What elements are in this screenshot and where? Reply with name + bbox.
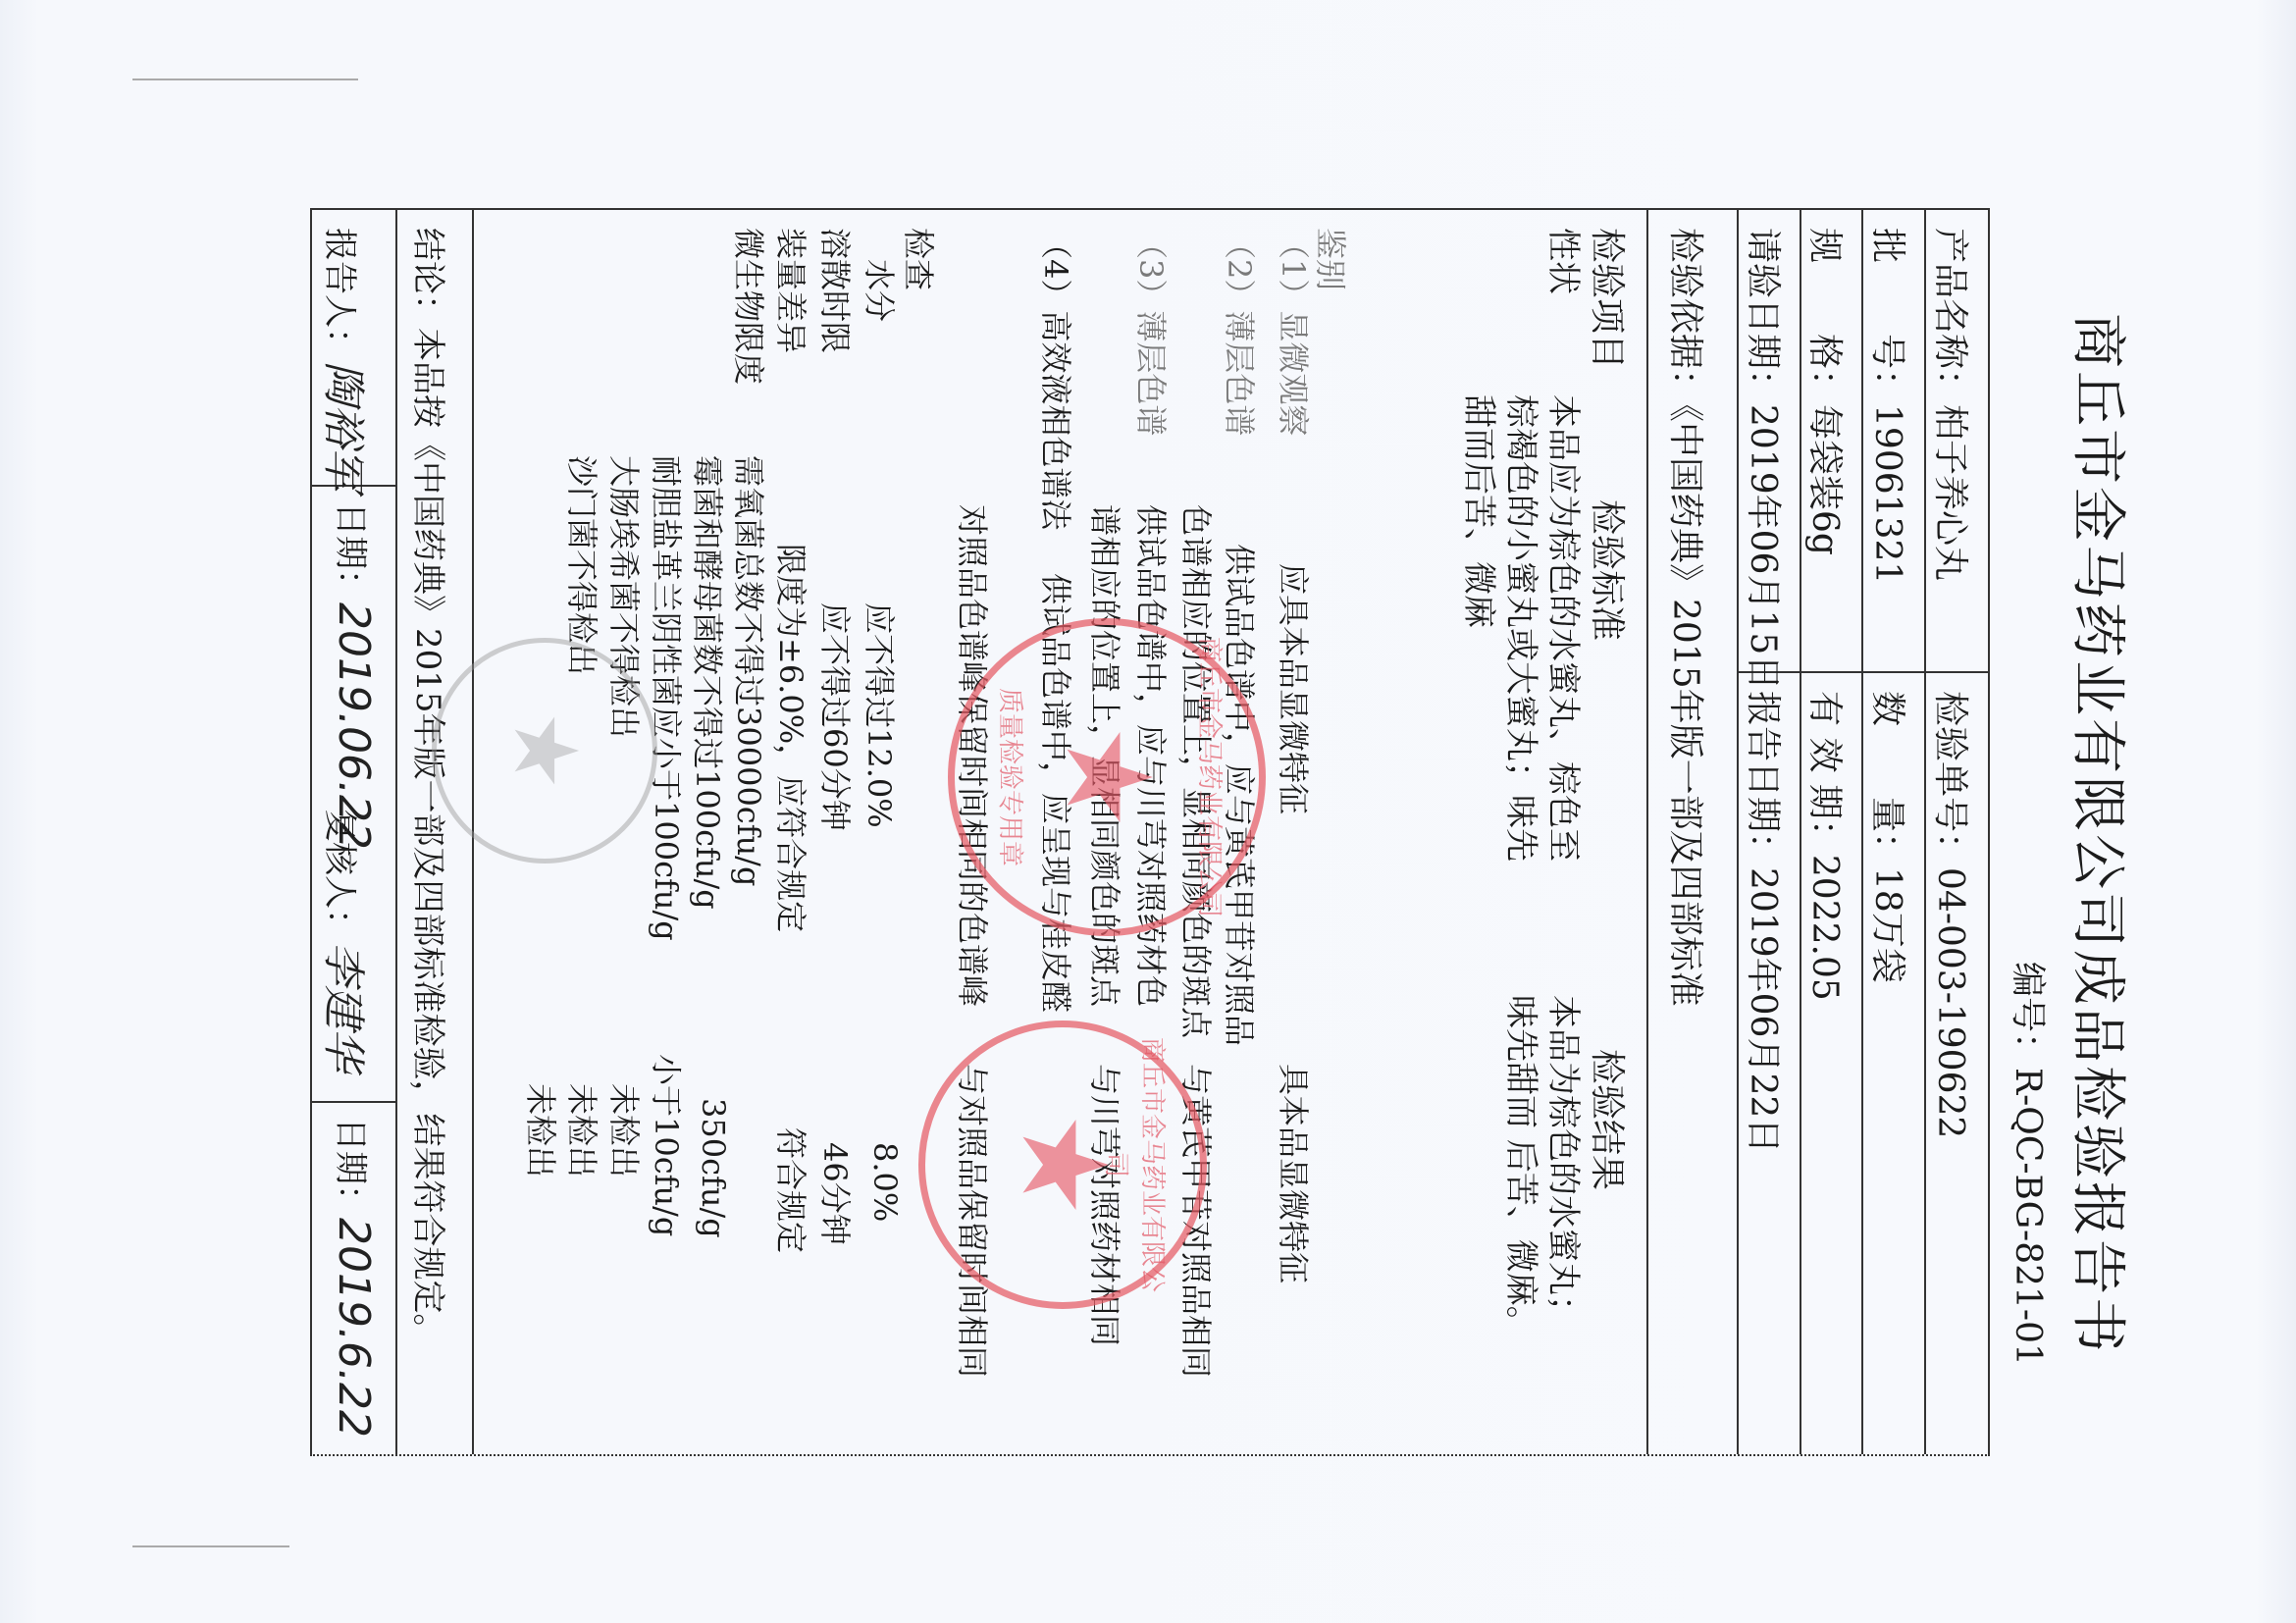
report-table: 产品名称：柏子养心丸 批 号：19061321 规 格：每袋装6g 请验日期：2… [310, 208, 1990, 1456]
scan-artifact-line [132, 1545, 289, 1547]
row-divider [1646, 210, 1648, 1454]
reviewer-signature: 李建华 [318, 942, 368, 1072]
sub-item: （4）高效液相色谱法 [1035, 228, 1080, 530]
item-inspection: 检查 [898, 228, 943, 290]
standard-line: 沙门菌不得检出 [561, 455, 606, 675]
date-field: 日期：2019.06.22 [329, 502, 379, 850]
result-line: 8.0% [866, 1142, 904, 1222]
item-appearance: 性状 [1542, 228, 1591, 294]
standard-line: 大肠埃希菌不得检出 [603, 455, 649, 738]
result-line: 符合规定 [770, 1127, 815, 1253]
standard-line: 本品应为棕色的水蜜丸、棕色至 [1542, 394, 1591, 862]
result-line: 46分钟 [814, 1142, 860, 1245]
date-field: 日期：2019.6.22 [329, 1118, 379, 1438]
row-divider [1800, 210, 1801, 1454]
result-line: 未检出 [561, 1083, 606, 1178]
test-number-field: 检验单号：04-003-190622 [1928, 691, 1978, 1138]
column-divider [312, 1101, 397, 1103]
standard-line: 应不得过60分钟 [814, 602, 860, 831]
result-line: 与川芎对照药材相同 [1084, 1064, 1129, 1346]
standard-line: 供试品色谱中，应与黄芪甲苷对照品 [1219, 544, 1264, 1046]
result-line: 本品为棕色的水蜜丸； [1542, 995, 1591, 1329]
request-date-field: 请验日期：2019年06月15日 [1741, 228, 1791, 690]
sub-item: 溶散时限 [814, 228, 860, 353]
batch-field: 批 号：19061321 [1865, 228, 1915, 584]
sub-item: （1）显微观察 [1273, 228, 1318, 436]
sub-item: （2）薄层色谱 [1219, 228, 1264, 436]
expiry-field: 有 效 期：2022.05 [1802, 691, 1852, 1001]
column-header-result: 检验结果 [1585, 1049, 1635, 1190]
standard-line: 应不得过12.0% [859, 602, 904, 828]
standard-line: 棕褐色的小蜜丸或大蜜丸；味先 [1500, 394, 1548, 862]
scan-artifact-line [132, 79, 358, 80]
standard-line: 霉菌和酵母菌数不得过100cfu/g [687, 455, 732, 910]
document-number: 编号：R-QC-BG-821-01 [2006, 962, 2056, 1366]
spec-field: 规 格：每袋装6g [1802, 228, 1852, 555]
column-header-item: 检验项目 [1585, 228, 1635, 369]
row-divider [1861, 210, 1863, 1454]
sub-item: （3）薄层色谱 [1130, 228, 1175, 436]
inspection-report-page: 商丘市金马药业有限公司成品检验报告书 编号：R-QC-BG-821-01 产品名… [137, 147, 2178, 1521]
standard-line: 色谱相应的位置上，显相同颜色的斑点 [1175, 504, 1221, 1038]
standard-line: 供试品色谱中，应与川芎对照药材色 [1130, 504, 1175, 1007]
sub-item: 水分 [859, 259, 904, 322]
reporter-signature: 陶裕军 [318, 361, 368, 491]
report-date-field: 报告日期：2019年06月22日 [1741, 691, 1791, 1153]
row-divider [472, 210, 474, 1454]
row-divider [1924, 210, 1926, 1454]
result-line: 具本品显微特征 [1273, 1064, 1318, 1283]
result-line: 与黄芪甲苷对照品相同 [1175, 1064, 1221, 1378]
reviewer-field: 复核人：李建华 [316, 809, 379, 1072]
result-line: 350cfu/g [695, 1098, 732, 1238]
quantity-field: 数 量：18万袋 [1865, 691, 1915, 983]
conclusion: 结论：本品按《中国药典》2015年版一部及四部标准检验，结果符合规定。 [407, 228, 455, 1347]
standard-line: 需氧菌总数不得过30000cfu/g [728, 455, 773, 886]
standard-line: 谱相应的位置上，显相同颜色的斑点 [1084, 504, 1129, 1007]
row-divider [395, 210, 397, 1454]
sub-item: 装量差异 [770, 228, 815, 353]
standard-line: 限度为±6.0%，应符合规定 [770, 544, 815, 932]
standard-line: 甜而后苦、微麻 [1458, 394, 1506, 628]
result-line: 未检出 [603, 1083, 649, 1178]
product-name-field: 产品名称：柏子养心丸 [1928, 228, 1978, 581]
reporter-field: 报告人：陶裕军 [316, 228, 379, 491]
standard-line: 耐胆盐革兰阴性菌应小于100cfu/g [646, 455, 691, 941]
sub-item: 微生物限度 [728, 228, 773, 385]
test-basis-field: 检验依据：《中国药典》2015年版一部及四部标准 [1663, 228, 1713, 1007]
handwritten-date: 2019.6.22 [329, 1218, 379, 1438]
standard-line: 供试品色谱中，应呈现与桂皮醛 [1035, 573, 1080, 1013]
standard-line: 应具本品显微特征 [1273, 563, 1318, 814]
result-line: 与对照品保留时间相同 [952, 1064, 997, 1378]
row-divider [1737, 210, 1739, 1454]
column-header-standard: 检验标准 [1585, 499, 1635, 641]
result-line: 未检出 [520, 1083, 565, 1178]
standard-line: 对照品色谱峰保留时间相同的色谱峰 [952, 504, 997, 1007]
result-line: 味先甜而 后苦、微麻。 [1500, 995, 1548, 1339]
report-title: 商丘市金马药业有限公司成品检验报告书 [2062, 147, 2141, 1521]
result-line: 小于10cfu/g [646, 1054, 691, 1236]
